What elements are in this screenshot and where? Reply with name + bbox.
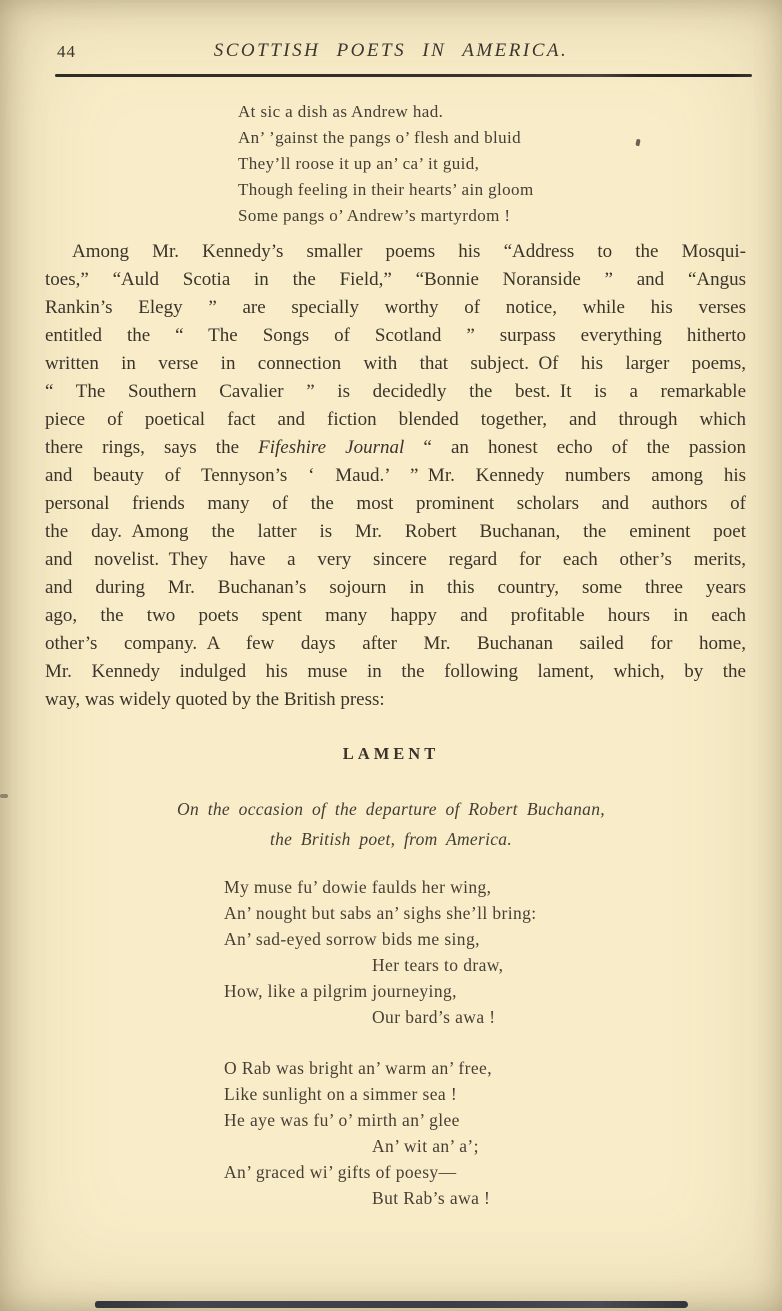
poem-line: O Rab was bright an’ warm an’ free, — [224, 1055, 492, 1081]
poem-line-indented: An’ wit an’ a’; — [224, 1133, 492, 1159]
paragraph-line: Rankin’s Elegy ” are specially worthy of… — [45, 294, 746, 322]
poem-line: Like sunlight on a simmer sea ! — [224, 1081, 492, 1107]
journal-name-italic: Fifeshire Journal — [258, 437, 404, 458]
paragraph-text: there rings, says the — [45, 437, 258, 458]
scan-artifact-bar — [95, 1301, 688, 1308]
lament-stanza-2: O Rab was bright an’ warm an’ free, Like… — [224, 1055, 492, 1211]
paragraph-line: and beauty of Tennyson’s ‘ Maud.’ ” Mr. … — [45, 462, 746, 490]
poem-line-indented: Her tears to draw, — [224, 952, 537, 978]
paragraph-line: Mr. Kennedy indulged his muse in the fol… — [45, 658, 746, 686]
dedication-line: On the occasion of the departure of Robe… — [0, 794, 782, 824]
paragraph-line-with-italic: there rings, says the Fifeshire Journal … — [45, 434, 746, 462]
dedication-line: the British poet, from America. — [0, 824, 782, 854]
opening-stanza: At sic a dish as Andrew had. An’ ’gainst… — [238, 99, 534, 229]
paragraph-line: personal friends many of the most promin… — [45, 490, 746, 518]
book-page: { "page": { "number": "44", "running_tit… — [0, 0, 782, 1311]
lament-heading: LAMENT — [0, 744, 782, 764]
lament-dedication: On the occasion of the departure of Robe… — [0, 794, 782, 854]
poem-line: An’ sad-eyed sorrow bids me sing, — [224, 926, 537, 952]
paragraph-line: piece of poetical fact and fiction blend… — [45, 406, 746, 434]
poem-line: An’ graced wi’ gifts of poesy— — [224, 1159, 492, 1185]
poem-line: Some pangs o’ Andrew’s martyrdom ! — [238, 203, 534, 229]
poem-line: He aye was fu’ o’ mirth an’ glee — [224, 1107, 492, 1133]
header-rule — [55, 74, 752, 77]
poem-line: Though feeling in their hearts’ ain gloo… — [238, 177, 534, 203]
paragraph-line: entitled the “ The Songs of Scotland ” s… — [45, 322, 746, 350]
body-paragraph: Among Mr. Kennedy’s smaller poems his “A… — [45, 238, 746, 714]
running-title: SCOTTISH POETS IN AMERICA. — [0, 40, 782, 62]
poem-line: How, like a pilgrim journeying, — [224, 978, 537, 1004]
paragraph-line: Among Mr. Kennedy’s smaller poems his “A… — [45, 238, 746, 266]
paragraph-line: and during Mr. Buchanan’s sojourn in thi… — [45, 574, 746, 602]
poem-line: At sic a dish as Andrew had. — [238, 99, 534, 125]
paragraph-line: other’s company. A few days after Mr. Bu… — [45, 630, 746, 658]
paragraph-text: “ an honest echo of the passion — [404, 437, 746, 458]
poem-line: They’ll roose it up an’ ca’ it guid, — [238, 151, 534, 177]
poem-line: An’ nought but sabs an’ sighs she’ll bri… — [224, 900, 537, 926]
paragraph-line: and novelist. They have a very sincere r… — [45, 546, 746, 574]
paragraph-line: “ The Southern Cavalier ” is decidedly t… — [45, 378, 746, 406]
paragraph-line: ago, the two poets spent many happy and … — [45, 602, 746, 630]
scan-speck — [635, 139, 640, 147]
paragraph-line: written in verse in connection with that… — [45, 350, 746, 378]
poem-line: An’ ’gainst the pangs o’ flesh and bluid — [238, 125, 534, 151]
poem-line: My muse fu’ dowie faulds her wing, — [224, 874, 537, 900]
paragraph-line: the day. Among the latter is Mr. Robert … — [45, 518, 746, 546]
poem-line-indented: But Rab’s awa ! — [224, 1185, 492, 1211]
paragraph-line: toes,” “Auld Scotia in the Field,” “Bonn… — [45, 266, 746, 294]
paragraph-line: way, was widely quoted by the British pr… — [45, 686, 746, 714]
poem-line-indented: Our bard’s awa ! — [224, 1004, 537, 1030]
lament-stanza-1: My muse fu’ dowie faulds her wing, An’ n… — [224, 874, 537, 1030]
